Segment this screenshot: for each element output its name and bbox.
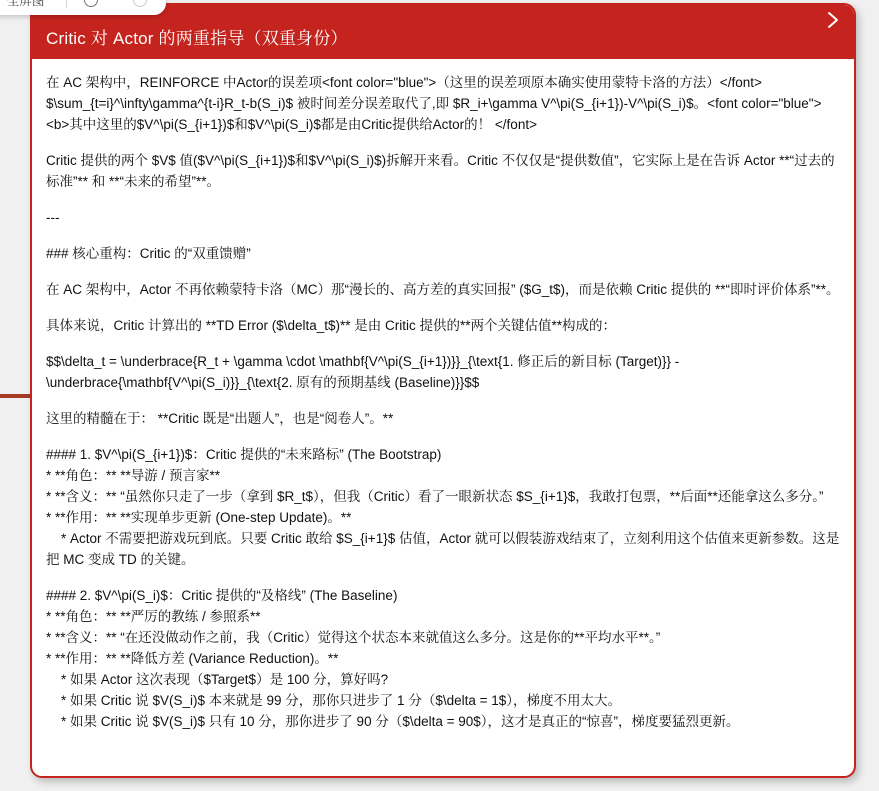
markdown-paragraph: 在 AC 架构中，REINFORCE 中Actor的误差项<font color… [46, 72, 840, 135]
connector-line [0, 394, 34, 398]
markdown-paragraph: 在 AC 架构中，Actor 不再依赖蒙特卡洛（MC）那“漫长的、高方差的真实回… [46, 279, 840, 300]
circle-1-icon[interactable] [84, 0, 98, 7]
toolbar-divider [66, 0, 67, 8]
fullscreen-image-button[interactable]: 全屏图 [7, 0, 45, 9]
card-body: 在 AC 架构中，REINFORCE 中Actor的误差项<font color… [32, 59, 854, 732]
markdown-paragraph: Critic 提供的两个 $V$ 值($V^\pi(S_{i+1})$和$V^\… [46, 150, 840, 192]
markdown-section-block: #### 1. $V^\pi(S_{i+1})$：Critic 提供的“未来路标… [46, 444, 840, 570]
markdown-paragraph: 具体来说，Critic 计算出的 **TD Error ($\delta_t$)… [46, 315, 840, 336]
markdown-section-block: #### 2. $V^\pi(S_i)$：Critic 提供的“及格线” (Th… [46, 585, 840, 732]
chevron-right-icon[interactable] [825, 10, 841, 30]
page-background: Critic 对 Actor 的两重指导（双重身份） 在 AC 架构中，REIN… [0, 0, 879, 791]
info-card: Critic 对 Actor 的两重指导（双重身份） 在 AC 架构中，REIN… [30, 3, 856, 778]
card-title: Critic 对 Actor 的两重指导（双重身份） [46, 24, 348, 49]
markdown-paragraph: 这里的精髓在于： **Critic 既是“出题人”，也是“阅卷人”。** [46, 408, 840, 429]
markdown-divider-text: --- [46, 207, 840, 228]
floating-toolbar: 全屏图 [0, 0, 166, 15]
circle-2-icon[interactable] [133, 0, 147, 7]
markdown-heading-text: ### 核心重构：Critic 的“双重馈赠” [46, 243, 840, 264]
markdown-formula-text: $$\delta_t = \underbrace{R_t + \gamma \c… [46, 351, 840, 393]
chevron-right-glyph [827, 11, 839, 29]
